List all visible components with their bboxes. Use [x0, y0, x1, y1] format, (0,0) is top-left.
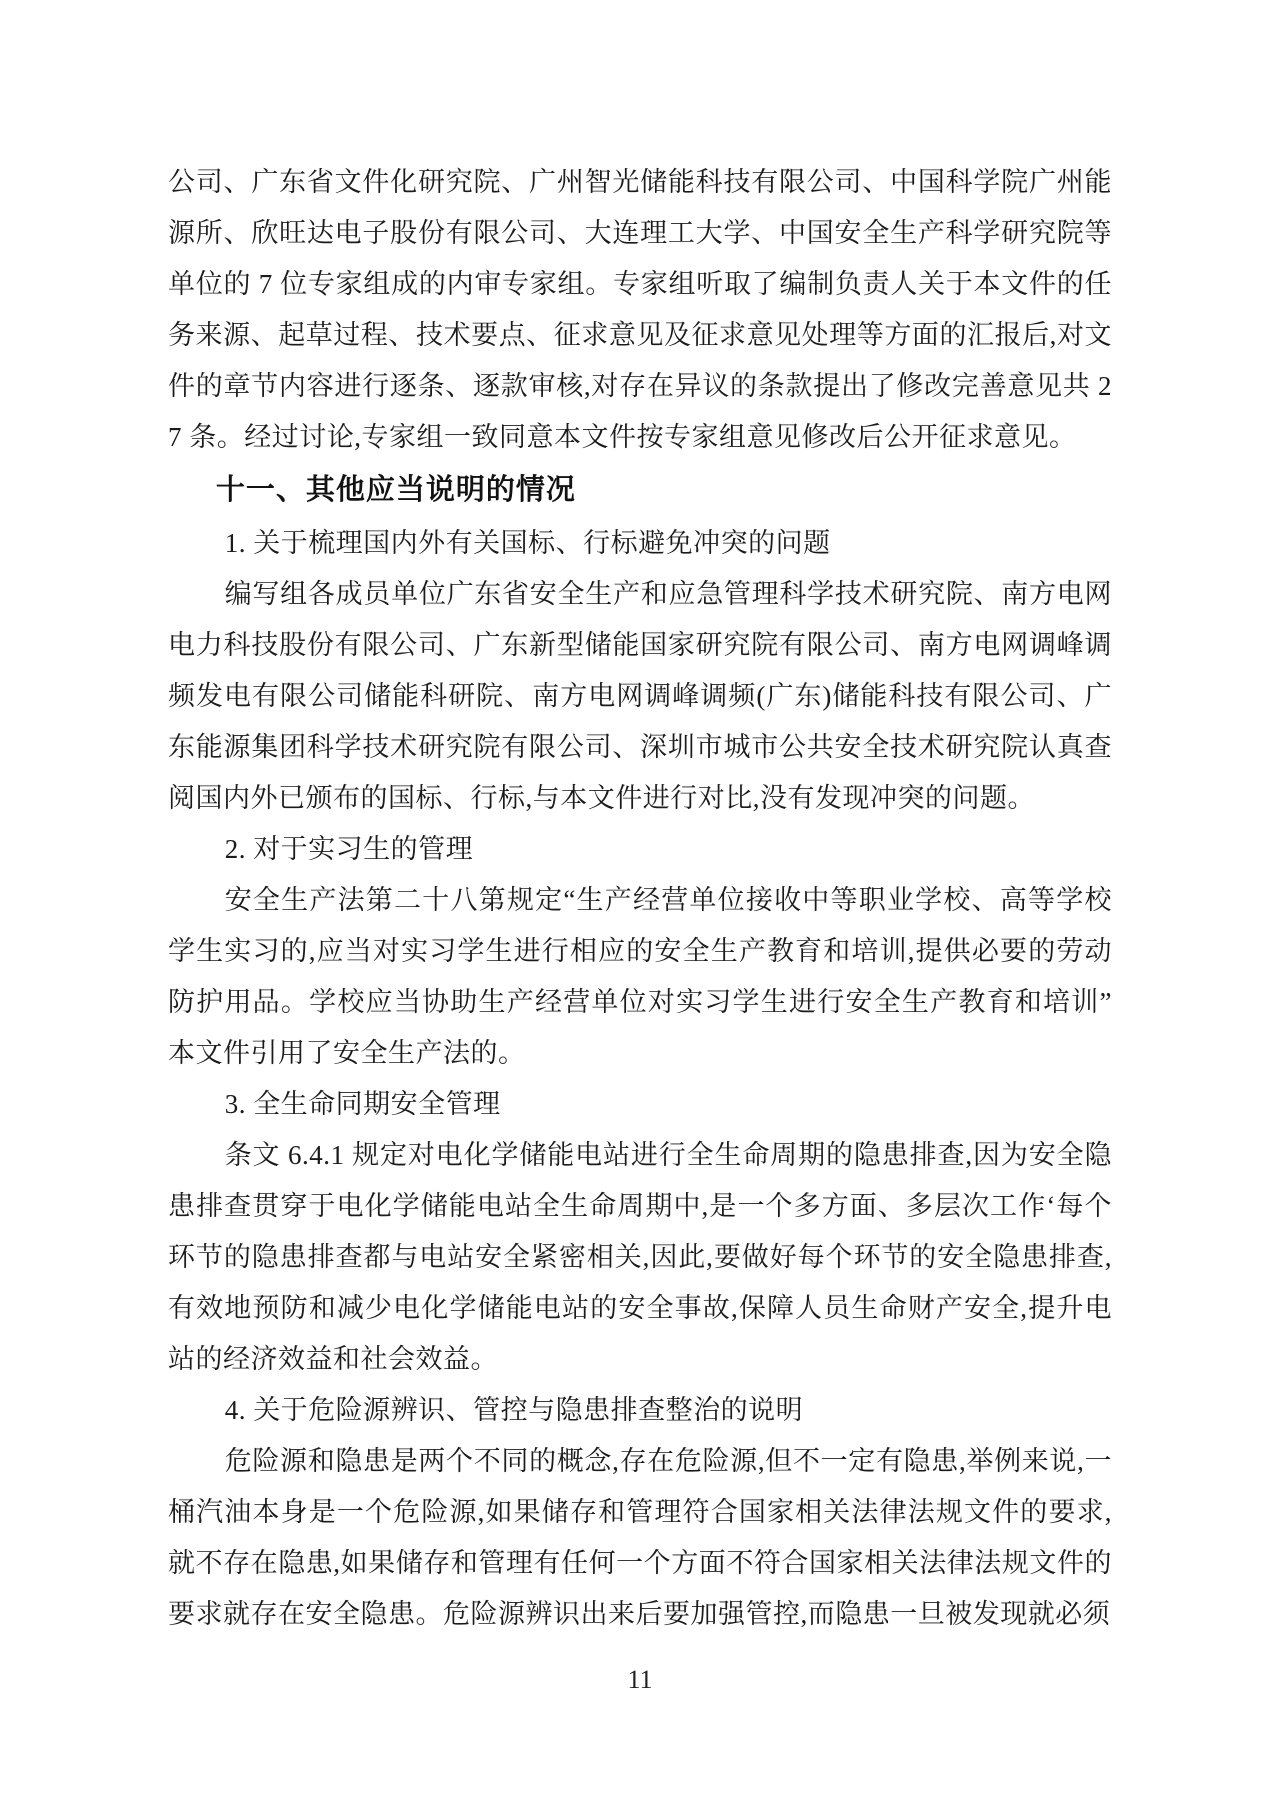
- list-item-3-title: 3. 全生命同期安全管理: [168, 1079, 1112, 1130]
- paragraph-intern-management: 安全生产法第二十八第规定“生产经营单位接收中等职业学校、高等学校学生实习的,应当…: [168, 875, 1112, 1079]
- paragraph-lifecycle-safety: 条文 6.4.1 规定对电化学储能电站进行全生命周期的隐患排查,因为安全隐患排查…: [168, 1130, 1112, 1385]
- list-item-1-title: 1. 关于梳理国内外有关国标、行标避免冲突的问题: [168, 518, 1112, 569]
- section-heading-eleven: 十一、其他应当说明的情况: [168, 467, 1112, 514]
- page-number: 11: [0, 1664, 1280, 1696]
- document-page: 公司、广东省文件化研究院、广州智光储能科技有限公司、中国科学院广州能源所、欣旺达…: [0, 0, 1280, 1810]
- list-item-2-title: 2. 对于实习生的管理: [168, 824, 1112, 875]
- paragraph-standards-check: 编写组各成员单位广东省安全生产和应急管理科学技术研究院、南方电网电力科技股份有限…: [168, 569, 1112, 824]
- paragraph-expert-review: 公司、广东省文件化研究院、广州智光储能科技有限公司、中国科学院广州能源所、欣旺达…: [168, 157, 1112, 463]
- list-item-4-title: 4. 关于危险源辨识、管控与隐患排查整治的说明: [168, 1385, 1112, 1436]
- paragraph-hazard-identification: 危险源和隐患是两个不同的概念,存在危险源,但不一定有隐患,举例来说,一桶汽油本身…: [168, 1436, 1112, 1640]
